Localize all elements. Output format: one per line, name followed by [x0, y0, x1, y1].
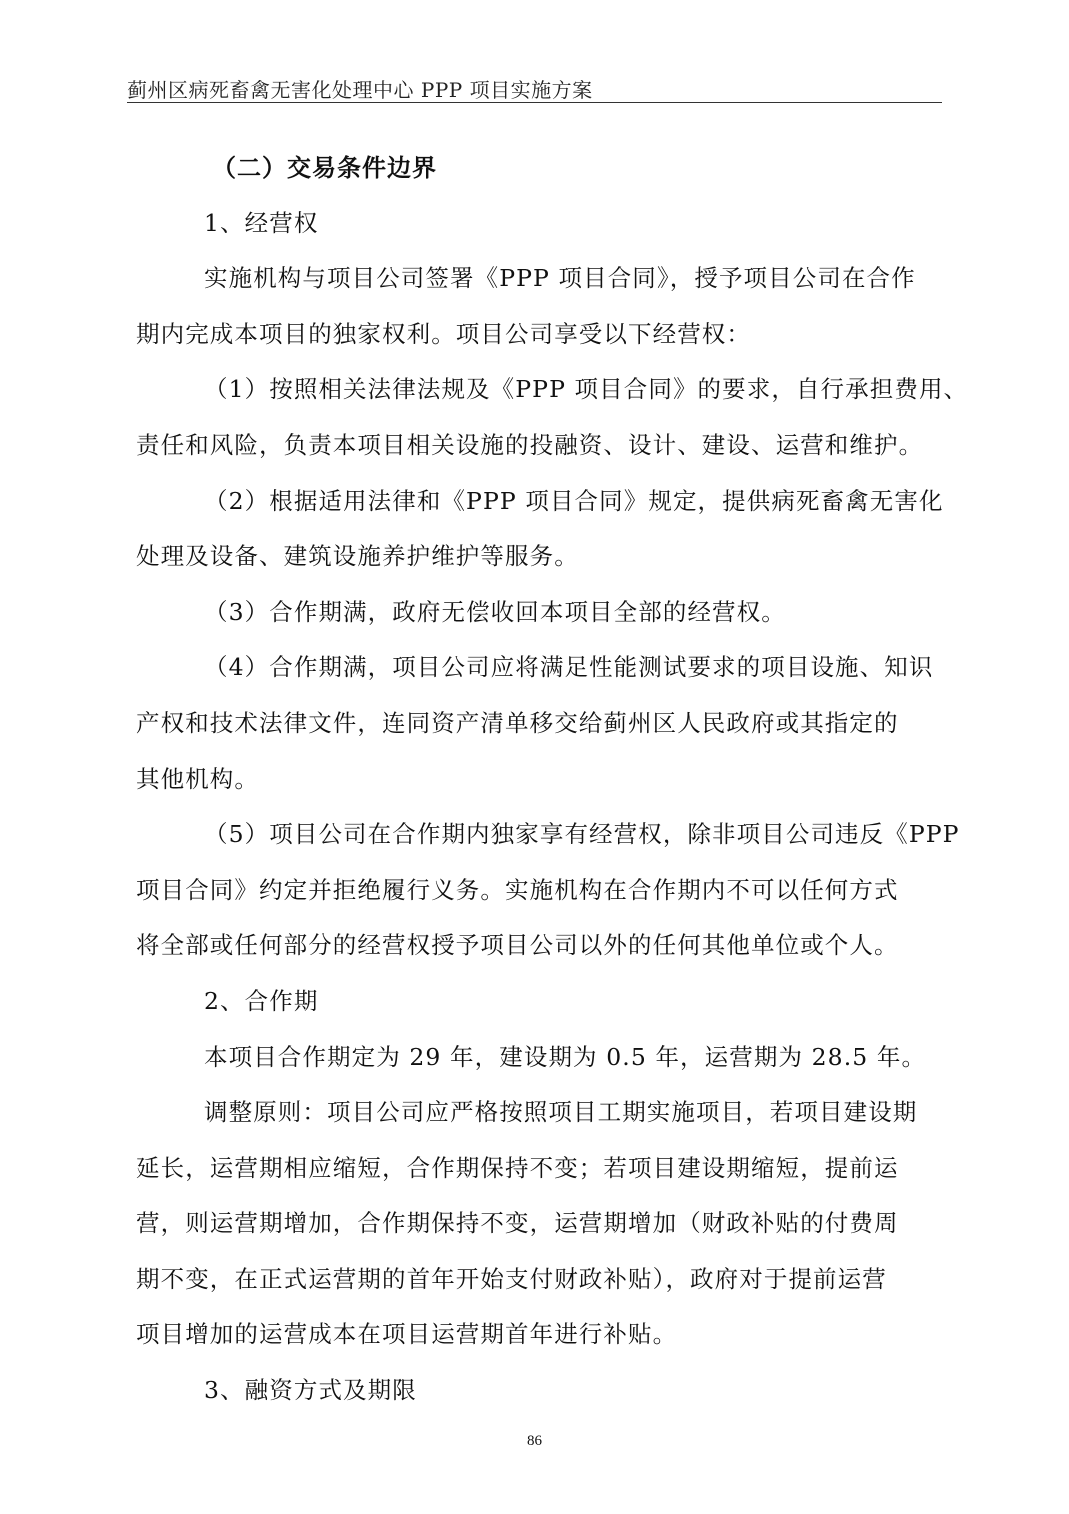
page-number: 86 [0, 1433, 1069, 1450]
text-line: 期不变，在正式运营期的首年开始支付财政补贴），政府对于提前运营 [136, 1252, 942, 1308]
text-line: 产权和技术法律文件，连同资产清单移交给蓟州区人民政府或其指定的 [136, 696, 942, 752]
text-line: 责任和风险，负责本项目相关设施的投融资、设计、建设、运营和维护。 [136, 418, 942, 474]
document-body: （二）交易条件边界 1、经营权实施机构与项目公司签署《PPP 项目合同》，授予项… [136, 140, 942, 1419]
text-line: 项目合同》约定并拒绝履行义务。实施机构在合作期内不可以任何方式 [136, 863, 942, 919]
header-divider [127, 102, 942, 103]
text-line: 2、合作期 [136, 974, 942, 1030]
section-heading: （二）交易条件边界 [136, 140, 942, 196]
text-line: 3、融资方式及期限 [136, 1363, 942, 1419]
text-line: 实施机构与项目公司签署《PPP 项目合同》，授予项目公司在合作 [136, 251, 942, 307]
text-line: （2）根据适用法律和《PPP 项目合同》规定，提供病死畜禽无害化 [136, 474, 942, 530]
text-line: （3）合作期满，政府无偿收回本项目全部的经营权。 [136, 585, 942, 641]
paragraph-lines: 1、经营权实施机构与项目公司签署《PPP 项目合同》，授予项目公司在合作期内完成… [136, 196, 942, 1419]
text-line: （5）项目公司在合作期内独家享有经营权，除非项目公司违反《PPP [136, 807, 942, 863]
text-line: 项目增加的运营成本在项目运营期首年进行补贴。 [136, 1307, 942, 1363]
text-line: 延长，运营期相应缩短，合作期保持不变；若项目建设期缩短，提前运 [136, 1141, 942, 1197]
text-line: 其他机构。 [136, 752, 942, 808]
text-line: 营，则运营期增加，合作期保持不变，运营期增加（财政补贴的付费周 [136, 1196, 942, 1252]
text-line: 将全部或任何部分的经营权授予项目公司以外的任何其他单位或个人。 [136, 918, 942, 974]
text-line: 处理及设备、建筑设施养护维护等服务。 [136, 529, 942, 585]
text-line: 1、经营权 [136, 196, 942, 252]
running-header-title: 蓟州区病死畜禽无害化处理中心 PPP 项目实施方案 [127, 74, 942, 103]
text-line: 期内完成本项目的独家权利。项目公司享受以下经营权： [136, 307, 942, 363]
text-line: 本项目合作期定为 29 年，建设期为 0.5 年，运营期为 28.5 年。 [136, 1030, 942, 1086]
text-line: （4）合作期满，项目公司应将满足性能测试要求的项目设施、知识 [136, 640, 942, 696]
text-line: （1）按照相关法律法规及《PPP 项目合同》的要求，自行承担费用、 [136, 362, 942, 418]
text-line: 调整原则：项目公司应严格按照项目工期实施项目，若项目建设期 [136, 1085, 942, 1141]
